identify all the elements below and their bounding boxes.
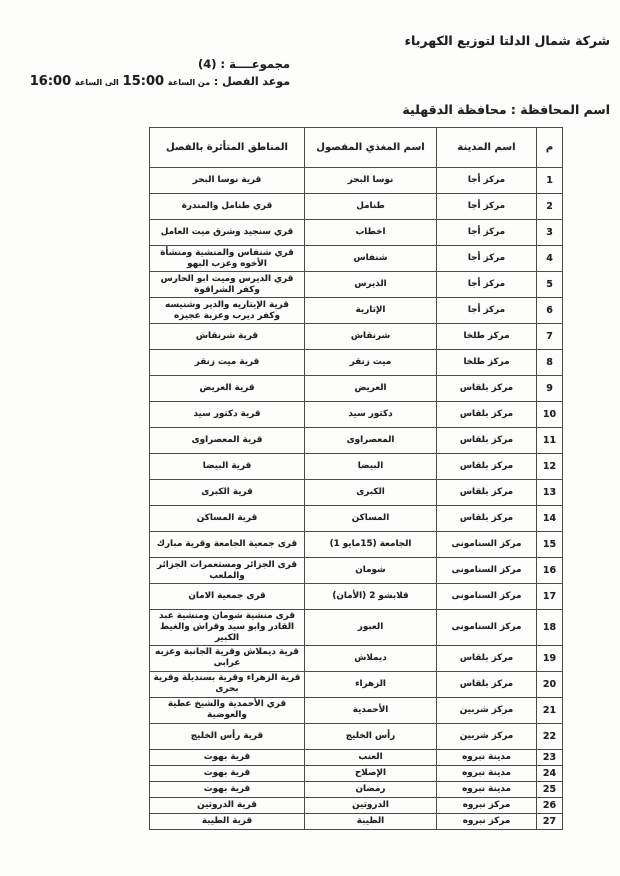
feeder-name-cell: العنب bbox=[305, 749, 437, 765]
table-row: 1 مركز أجا نوسا البحر قرية نوسا البحر bbox=[150, 168, 563, 194]
row-number-cell: 13 bbox=[537, 480, 563, 506]
table-row: 21 مركز شربين الأحمدية قري الأحمدية والش… bbox=[150, 697, 563, 723]
feeder-name-cell: ديملاش bbox=[305, 645, 437, 671]
affected-areas-cell: قري الأحمدية والشيخ عطية والعوضية bbox=[150, 697, 305, 723]
affected-areas-cell: قرية العريض bbox=[150, 376, 305, 402]
city-name-cell: مركز أجا bbox=[437, 298, 537, 324]
city-name-cell: مركز بلقاس bbox=[437, 671, 537, 697]
row-number-cell: 24 bbox=[537, 765, 563, 781]
row-number-cell: 18 bbox=[537, 610, 563, 646]
row-number-cell: 8 bbox=[537, 350, 563, 376]
table-row: 18 مركز السنامونى العبور قرى منشية شومان… bbox=[150, 610, 563, 646]
table-row: 14 مركز بلقاس المساكن قرية المساكن bbox=[150, 506, 563, 532]
row-number-cell: 7 bbox=[537, 324, 563, 350]
row-number-cell: 21 bbox=[537, 697, 563, 723]
affected-areas-cell: قرية الدروتين bbox=[150, 797, 305, 813]
row-number-cell: 15 bbox=[537, 532, 563, 558]
table-row: 9 مركز بلقاس العريض قرية العريض bbox=[150, 376, 563, 402]
row-number-cell: 12 bbox=[537, 454, 563, 480]
row-number-cell: 27 bbox=[537, 813, 563, 829]
city-name-cell: مركز نبروه bbox=[437, 813, 537, 829]
group-label: مجموعــــة : (4) bbox=[28, 57, 290, 71]
city-name-cell: مركز السنامونى bbox=[437, 532, 537, 558]
header-areas: المناطق المتأثرة بالفصل bbox=[150, 128, 305, 168]
feeder-name-cell: الأحمدية bbox=[305, 697, 437, 723]
table-row: 8 مركز طلخا ميت زنقر قرية ميت زنقر bbox=[150, 350, 563, 376]
city-name-cell: مدينة نبروه bbox=[437, 781, 537, 797]
city-name-cell: مركز السنامونى bbox=[437, 610, 537, 646]
header-left-block: مجموعــــة : (4) موعد الفصل : من الساعة … bbox=[28, 57, 290, 89]
city-name-cell: مركز شربين bbox=[437, 723, 537, 749]
row-number-cell: 25 bbox=[537, 781, 563, 797]
table-row: 2 مركز أجا طنامل قري طنامل والمندرة bbox=[150, 194, 563, 220]
row-number-cell: 2 bbox=[537, 194, 563, 220]
table-row: 13 مركز بلقاس الكبرى قرية الكبرى bbox=[150, 480, 563, 506]
feeder-name-cell: دكتور سيد bbox=[305, 402, 437, 428]
affected-areas-cell: قرية المعصراوى bbox=[150, 428, 305, 454]
city-name-cell: مركز السنامونى bbox=[437, 558, 537, 584]
city-name-cell: مركز أجا bbox=[437, 168, 537, 194]
city-name-cell: مركز أجا bbox=[437, 246, 537, 272]
affected-areas-cell: قرية دكتور سيد bbox=[150, 402, 305, 428]
row-number-cell: 17 bbox=[537, 584, 563, 610]
affected-areas-cell: قرى الجزائر ومستعمرات الجزائر والملعب bbox=[150, 558, 305, 584]
affected-areas-cell: قرية الزهراء وقرية بسنديلة وقرية بحرى bbox=[150, 671, 305, 697]
affected-areas-cell: قرية الإيتاريه والدير وشنيسه وكفر ديرب و… bbox=[150, 298, 305, 324]
feeder-name-cell: نوسا البحر bbox=[305, 168, 437, 194]
affected-areas-cell: قرية نوسا البحر bbox=[150, 168, 305, 194]
row-number-cell: 10 bbox=[537, 402, 563, 428]
table-row: 24 مدينة نبروه الإصلاح قرية بهوت bbox=[150, 765, 563, 781]
schedule-end-time: 16:00 bbox=[30, 74, 71, 89]
city-name-cell: مركز بلقاس bbox=[437, 402, 537, 428]
feeder-name-cell: الديرس bbox=[305, 272, 437, 298]
row-number-cell: 9 bbox=[537, 376, 563, 402]
feeder-name-cell: البيضا bbox=[305, 454, 437, 480]
row-number-cell: 11 bbox=[537, 428, 563, 454]
table-row: 5 مركز أجا الديرس قري الديرس وميت ابو ال… bbox=[150, 272, 563, 298]
table-row: 11 مركز بلقاس المعصراوى قرية المعصراوى bbox=[150, 428, 563, 454]
city-name-cell: مركز بلقاس bbox=[437, 645, 537, 671]
city-name-cell: مركز أجا bbox=[437, 220, 537, 246]
feeder-name-cell: شومان bbox=[305, 558, 437, 584]
table-row: 25 مدينة نبروه رمضان قرية بهوت bbox=[150, 781, 563, 797]
city-name-cell: مركز نبروه bbox=[437, 797, 537, 813]
header-feeder: اسم المغذي المفصول bbox=[305, 128, 437, 168]
schedule-from-word: من الساعة bbox=[168, 78, 210, 87]
feeder-name-cell: الدروتين bbox=[305, 797, 437, 813]
outage-schedule-table: م اسم المدينة اسم المغذي المفصول المناطق… bbox=[149, 127, 563, 830]
scanned-document-page: شركة شمال الدلتا لتوزيع الكهرباء مجموعــ… bbox=[0, 0, 620, 876]
city-name-cell: مركز بلقاس bbox=[437, 454, 537, 480]
table-row: 7 مركز طلخا شرنقاش قرية شرنقاش bbox=[150, 324, 563, 350]
feeder-name-cell: طنامل bbox=[305, 194, 437, 220]
row-number-cell: 1 bbox=[537, 168, 563, 194]
city-name-cell: مركز طلخا bbox=[437, 350, 537, 376]
row-number-cell: 22 bbox=[537, 723, 563, 749]
affected-areas-cell: قرية ميت زنقر bbox=[150, 350, 305, 376]
feeder-name-cell: الجامعة (15مايو 1) bbox=[305, 532, 437, 558]
feeder-name-cell: الكبرى bbox=[305, 480, 437, 506]
affected-areas-cell: قرية ديملاش وقرية الجانبة وعزبه عرابى bbox=[150, 645, 305, 671]
feeder-name-cell: شنفاس bbox=[305, 246, 437, 272]
row-number-cell: 23 bbox=[537, 749, 563, 765]
affected-areas-cell: قري شنفاس والمنشية ومنشأة الأخوه وعزب ال… bbox=[150, 246, 305, 272]
table-row: 20 مركز بلقاس الزهراء قرية الزهراء وقرية… bbox=[150, 671, 563, 697]
feeder-name-cell: رأس الخليج bbox=[305, 723, 437, 749]
feeder-name-cell: الإصلاح bbox=[305, 765, 437, 781]
city-name-cell: مركز بلقاس bbox=[437, 428, 537, 454]
affected-areas-cell: قرى جمعية الجامعة وقرية مبارك bbox=[150, 532, 305, 558]
row-number-cell: 6 bbox=[537, 298, 563, 324]
affected-areas-cell: قري سنجيد وشرق ميت العامل bbox=[150, 220, 305, 246]
feeder-name-cell: ميت زنقر bbox=[305, 350, 437, 376]
disconnection-schedule: موعد الفصل : من الساعة 15:00 الى الساعة … bbox=[28, 74, 290, 89]
city-name-cell: مركز بلقاس bbox=[437, 506, 537, 532]
schedule-start-time: 15:00 bbox=[123, 74, 164, 89]
table-body: 1 مركز أجا نوسا البحر قرية نوسا البحر 2 … bbox=[150, 168, 563, 830]
table-row: 15 مركز السنامونى الجامعة (15مايو 1) قرى… bbox=[150, 532, 563, 558]
row-number-cell: 16 bbox=[537, 558, 563, 584]
feeder-name-cell: الإتارية bbox=[305, 298, 437, 324]
row-number-cell: 4 bbox=[537, 246, 563, 272]
affected-areas-cell: قري الديرس وميت ابو الحارس وكفر الشراقوة bbox=[150, 272, 305, 298]
company-title: شركة شمال الدلتا لتوزيع الكهرباء bbox=[405, 33, 610, 48]
table-row: 4 مركز أجا شنفاس قري شنفاس والمنشية ومنش… bbox=[150, 246, 563, 272]
feeder-name-cell: العريض bbox=[305, 376, 437, 402]
table-row: 6 مركز أجا الإتارية قرية الإيتاريه والدي… bbox=[150, 298, 563, 324]
feeder-name-cell: قلابشو 2 (الأمان) bbox=[305, 584, 437, 610]
city-name-cell: مركز أجا bbox=[437, 194, 537, 220]
schedule-to-word: الى الساعة bbox=[75, 78, 119, 87]
table-row: 17 مركز السنامونى قلابشو 2 (الأمان) قرى … bbox=[150, 584, 563, 610]
feeder-name-cell: الطيبة bbox=[305, 813, 437, 829]
affected-areas-cell: قرية المساكن bbox=[150, 506, 305, 532]
governorate-title: اسم المحافظة : محافظة الدقهلية bbox=[402, 102, 610, 117]
affected-areas-cell: قرية شرنقاش bbox=[150, 324, 305, 350]
row-number-cell: 5 bbox=[537, 272, 563, 298]
city-name-cell: مركز طلخا bbox=[437, 324, 537, 350]
table-row: 23 مدينة نبروه العنب قرية بهوت bbox=[150, 749, 563, 765]
city-name-cell: مدينة نبروه bbox=[437, 749, 537, 765]
row-number-cell: 14 bbox=[537, 506, 563, 532]
affected-areas-cell: قري طنامل والمندرة bbox=[150, 194, 305, 220]
table-row: 26 مركز نبروه الدروتين قرية الدروتين bbox=[150, 797, 563, 813]
city-name-cell: مركز بلقاس bbox=[437, 376, 537, 402]
feeder-name-cell: العبور bbox=[305, 610, 437, 646]
affected-areas-cell: قرية بهوت bbox=[150, 781, 305, 797]
table-row: 10 مركز بلقاس دكتور سيد قرية دكتور سيد bbox=[150, 402, 563, 428]
row-number-cell: 3 bbox=[537, 220, 563, 246]
table-row: 16 مركز السنامونى شومان قرى الجزائر ومست… bbox=[150, 558, 563, 584]
row-number-cell: 26 bbox=[537, 797, 563, 813]
schedule-label: موعد الفصل : bbox=[214, 75, 290, 88]
affected-areas-cell: قرية بهوت bbox=[150, 749, 305, 765]
table-row: 19 مركز بلقاس ديملاش قرية ديملاش وقرية ا… bbox=[150, 645, 563, 671]
table-row: 22 مركز شربين رأس الخليج قرية رأس الخليج bbox=[150, 723, 563, 749]
affected-areas-cell: قرية الكبرى bbox=[150, 480, 305, 506]
city-name-cell: مركز أجا bbox=[437, 272, 537, 298]
feeder-name-cell: المعصراوى bbox=[305, 428, 437, 454]
affected-areas-cell: قرى جمعية الامان bbox=[150, 584, 305, 610]
feeder-name-cell: الزهراء bbox=[305, 671, 437, 697]
table-row: 27 مركز نبروه الطيبة قرية الطيبة bbox=[150, 813, 563, 829]
city-name-cell: مركز السنامونى bbox=[437, 584, 537, 610]
header-city: اسم المدينة bbox=[437, 128, 537, 168]
city-name-cell: مدينة نبروه bbox=[437, 765, 537, 781]
table-row: 12 مركز بلقاس البيضا قرية البيضا bbox=[150, 454, 563, 480]
affected-areas-cell: قرية الطيبة bbox=[150, 813, 305, 829]
feeder-name-cell: رمضان bbox=[305, 781, 437, 797]
affected-areas-cell: قرية البيضا bbox=[150, 454, 305, 480]
affected-areas-cell: قرى منشية شومان ومنشية عبد القادر وابو س… bbox=[150, 610, 305, 646]
affected-areas-cell: قرية بهوت bbox=[150, 765, 305, 781]
table-header: م اسم المدينة اسم المغذي المفصول المناطق… bbox=[150, 128, 563, 168]
feeder-name-cell: شرنقاش bbox=[305, 324, 437, 350]
affected-areas-cell: قرية رأس الخليج bbox=[150, 723, 305, 749]
row-number-cell: 20 bbox=[537, 671, 563, 697]
header-index: م bbox=[537, 128, 563, 168]
city-name-cell: مركز بلقاس bbox=[437, 480, 537, 506]
feeder-name-cell: المساكن bbox=[305, 506, 437, 532]
city-name-cell: مركز شربين bbox=[437, 697, 537, 723]
row-number-cell: 19 bbox=[537, 645, 563, 671]
feeder-name-cell: اخطاب bbox=[305, 220, 437, 246]
table-row: 3 مركز أجا اخطاب قري سنجيد وشرق ميت العا… bbox=[150, 220, 563, 246]
